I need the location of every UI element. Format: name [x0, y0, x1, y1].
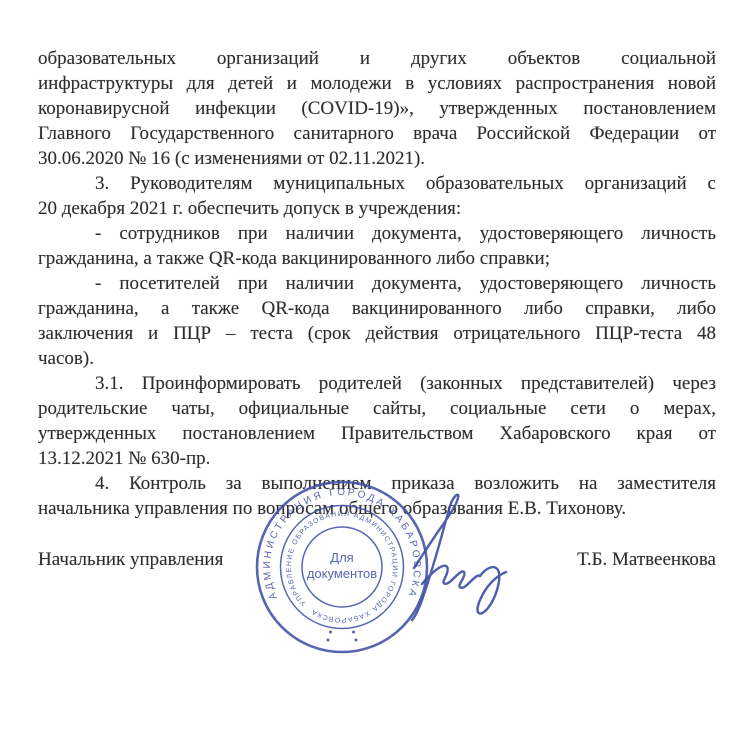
scanned-document-page: образовательных организаций и других объ… — [0, 0, 750, 730]
document-line: - посетителей при наличии документа, удо… — [38, 271, 716, 296]
document-line: 13.12.2021 № 630-пр. — [38, 446, 716, 471]
document-line: заключения и ПЦР – теста (срок действия … — [38, 321, 716, 346]
document-line: гражданина, а также QR-кода вакцинирован… — [38, 246, 716, 271]
document-line: 3. Руководителям муниципальных образоват… — [38, 171, 716, 196]
document-line: Главного Государственного санитарного вр… — [38, 121, 716, 146]
document-line: часов). — [38, 346, 716, 371]
signer-name: Т.Б. Матвеенкова — [577, 549, 716, 571]
document-body: образовательных организаций и других объ… — [38, 46, 716, 521]
document-line: родительские чаты, официальные сайты, со… — [38, 396, 716, 421]
document-line: - сотрудников при наличии документа, удо… — [38, 221, 716, 246]
document-line: 3.1. Проинформировать родителей (законны… — [38, 371, 716, 396]
document-line: 30.06.2020 № 16 (с изменениями от 02.11.… — [38, 146, 716, 171]
stamp-center-text-line2: документов — [307, 566, 377, 581]
document-line: гражданина, а также QR-кода вакцинирован… — [38, 296, 716, 321]
document-line: утвержденных постановлением Правительств… — [38, 421, 716, 446]
handwritten-signature — [398, 468, 518, 638]
stamp-separator-dots — [327, 631, 358, 642]
document-line: коронавирусной инфекции (COVID-19)», утв… — [38, 96, 716, 121]
document-line: 20 декабря 2021 г. обеспечить допуск в у… — [38, 196, 716, 221]
stamp-center-text-line1: Для — [330, 550, 353, 565]
signer-position-label: Начальник управления — [38, 549, 223, 571]
document-line: образовательных организаций и других объ… — [38, 46, 716, 71]
document-line: инфраструктуры для детей и молодежи в ус… — [38, 71, 716, 96]
